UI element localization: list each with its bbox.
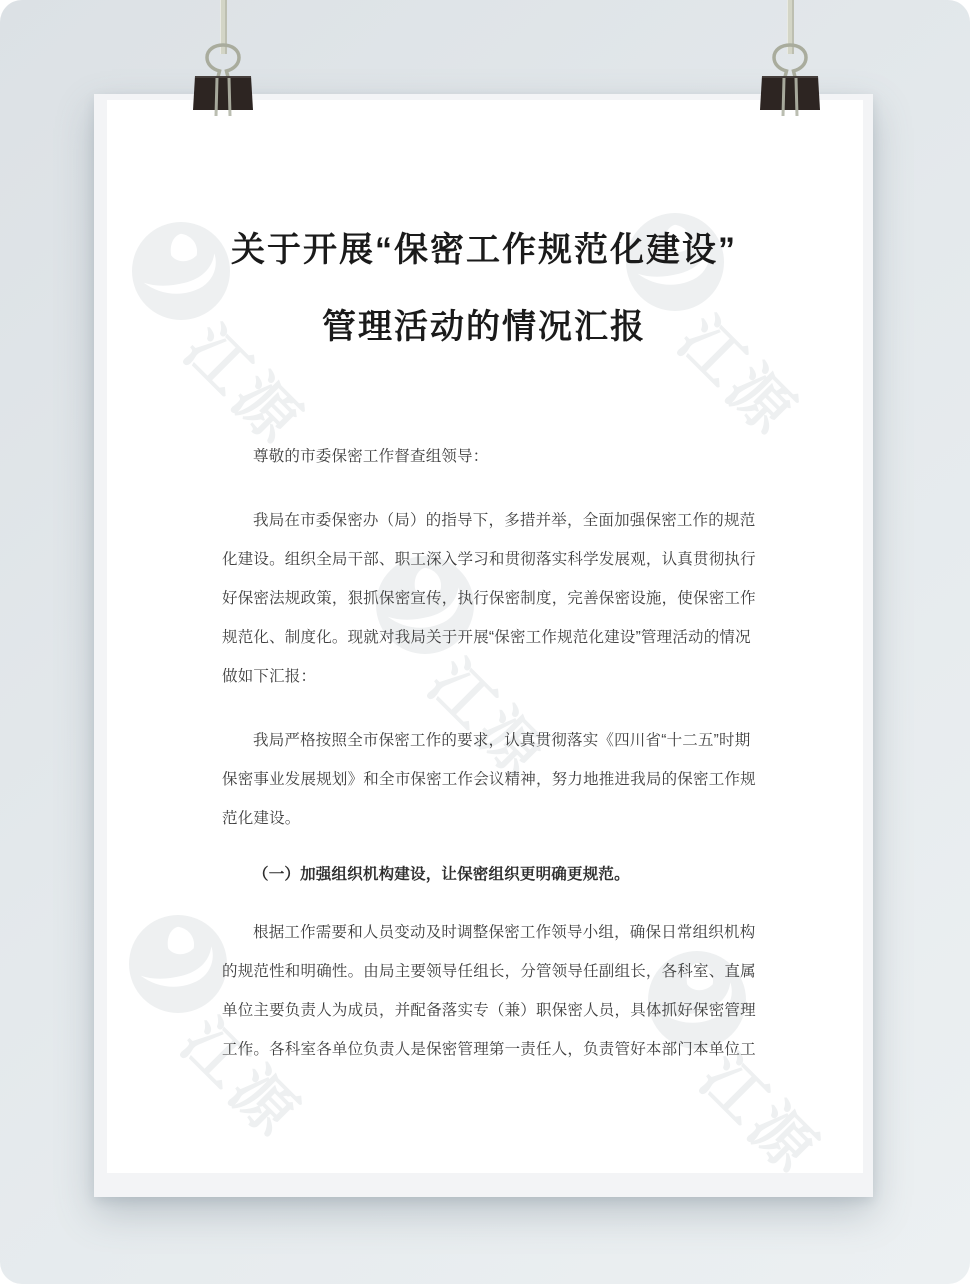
paragraph: 我局严格按照全市保密工作的要求，认真贯彻落实《四川省“十二五”时期保密事业发展规… <box>222 721 752 838</box>
paragraph: 根据工作需要和人员变动及时调整保密工作领导小组，确保日常组织机构的规范性和明确性… <box>222 913 752 1069</box>
text-line: 做如下汇报： <box>222 657 752 696</box>
document-body: 尊敬的市委保密工作督查组领导：我局在市委保密办（局）的指导下，多措并举，全面加强… <box>222 437 752 1069</box>
text-line: （一）加强组织机构建设，让保密组织更明确更规范。 <box>222 855 752 894</box>
binder-clip-left-icon <box>191 40 255 120</box>
text-line: 的规范性和明确性。由局主要领导任组长，分管领导任副组长，各科室、直属 <box>222 952 752 991</box>
watermark-swirl-logo-icon <box>129 915 227 1013</box>
text-line: 尊敬的市委保密工作督查组领导： <box>222 437 752 476</box>
text-line: 规范化、制度化。现就对我局关于开展“保密工作规范化建设”管理活动的情况 <box>222 618 752 657</box>
poster-mockup-background: 江源 江源 江源 江源 江源 关于开展“保密工作规范化建设”管理活动 <box>0 0 970 1284</box>
clip-wire <box>207 45 239 77</box>
document-title-line: 管理活动的情况汇报 <box>222 289 746 366</box>
paper-sheet: 江源 江源 江源 江源 江源 关于开展“保密工作规范化建设”管理活动 <box>107 100 863 1173</box>
text-line: 好保密法规政策，狠抓保密宣传，执行保密制度，完善保密设施，使保密工作 <box>222 579 752 618</box>
text-line: 根据工作需要和人员变动及时调整保密工作领导小组，确保日常组织机构 <box>222 913 752 952</box>
text-line: 我局在市委保密办（局）的指导下，多措并举，全面加强保密工作的规范 <box>222 501 752 540</box>
clip-body <box>193 76 253 110</box>
clip-wire <box>774 45 806 77</box>
paragraph: 尊敬的市委保密工作督查组领导： <box>222 437 752 476</box>
text-line: 化建设。组织全局干部、职工深入学习和贯彻落实科学发展观，认真贯彻执行 <box>222 540 752 579</box>
section-heading: （一）加强组织机构建设，让保密组织更明确更规范。 <box>222 855 752 894</box>
text-line: 我局严格按照全市保密工作的要求，认真贯彻落实《四川省“十二五”时期 <box>222 721 752 760</box>
binder-clip-right-icon <box>758 40 822 120</box>
text-line: 单位主要负责人为成员，并配备落实专（兼）职保密人员，具体抓好保密管理 <box>222 991 752 1030</box>
document-title-line: 关于开展“保密工作规范化建设” <box>222 212 746 289</box>
text-line: 保密事业发展规划》和全市保密工作会议精神，努力地推进我局的保密工作规 <box>222 760 752 799</box>
paragraph: 我局在市委保密办（局）的指导下，多措并举，全面加强保密工作的规范化建设。组织全局… <box>222 501 752 696</box>
document-title: 关于开展“保密工作规范化建设”管理活动的情况汇报 <box>222 212 746 366</box>
watermark-swirl-logo-icon <box>132 222 230 320</box>
clip-body <box>760 76 820 110</box>
text-line: 工作。各科室各单位负责人是保密管理第一责任人，负责管好本部门本单位工 <box>222 1030 752 1069</box>
text-line: 范化建设。 <box>222 799 752 838</box>
